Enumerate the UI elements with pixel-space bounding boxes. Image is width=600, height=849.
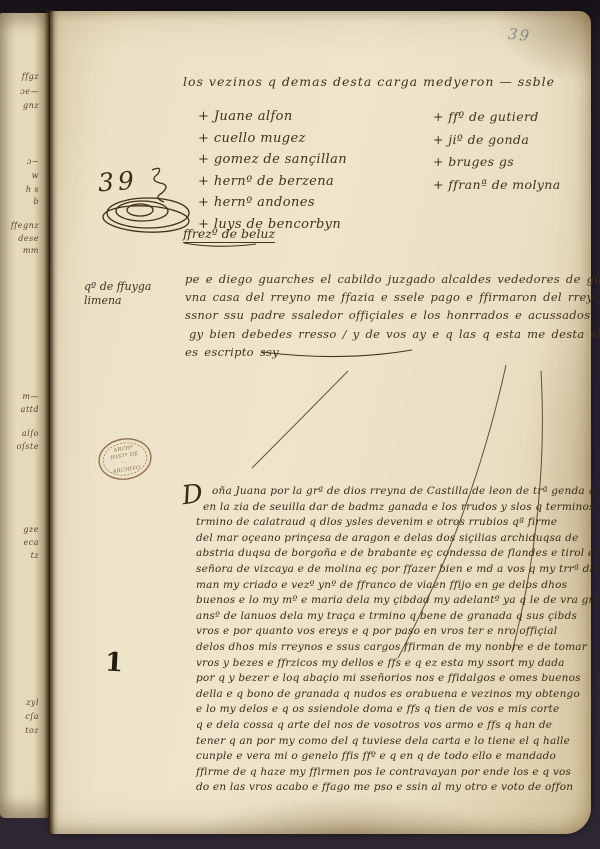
gutter-text-fragment: zyl: [26, 698, 39, 707]
gutter-text-fragment: b: [33, 197, 39, 206]
roster-entry: + hernº andones: [198, 192, 378, 214]
roster-entry: + gomez de sançillan: [198, 149, 378, 171]
folio-number-pencil: 39: [507, 25, 532, 45]
roster-left-column: + Juane alfon+ cuello mugez+ gomez de sa…: [198, 106, 378, 235]
gutter-text-fragment: attd: [21, 405, 39, 414]
entry-paragraph-line: vna casa del rreyno me ffazia e ssele pa…: [185, 288, 567, 306]
gutter-text-fragment: ɔe—: [20, 87, 39, 96]
heading-line: los vezinos q demas desta carga medyeron…: [183, 74, 483, 89]
entry-paragraph: pe e diego guarches el cabildo juzgado a…: [185, 270, 567, 361]
margin-annotation: qº de ffuyga limena: [84, 280, 189, 308]
provision-paragraph: oña Juana por la grª de dios rreyna de C…: [196, 484, 570, 796]
margin-annotation-line1: qº de ffuyga: [84, 280, 189, 294]
gutter-text-fragment: w: [32, 171, 39, 180]
provision-paragraph-line: ffirme de q haze my ffirmen pos le contr…: [196, 765, 570, 781]
roster-entry: + Juane alfon: [198, 106, 378, 128]
entry-paragraph-line: gy bien debedes rresso / y de vos ay e q…: [189, 325, 567, 343]
entry-paragraph-line: es escripto ssy: [185, 343, 567, 361]
provision-paragraph-line: vros e por quanto vos ereys e q por paso…: [196, 624, 570, 640]
binding-gutter-shadow: [44, 10, 58, 834]
provision-paragraph-line: por q y bezer e loq abaçio mi sseñorios …: [196, 671, 570, 687]
gutter-text-fragment: alſo: [22, 429, 39, 438]
provision-paragraph-line: buenos e lo my mº e maria dela my çibdad…: [196, 593, 570, 609]
provision-paragraph-line: del mar oçeano prinçesa de aragon e dela…: [196, 531, 570, 547]
gutter-text-fragment: ffegnz: [11, 221, 39, 230]
provision-paragraph-line: en la zia de seuilla dar de badmz ganada…: [203, 500, 570, 516]
provision-paragraph-line: vros y bezes e ffrzicos my dellos e ffs …: [196, 656, 570, 672]
previous-page-text-fragments: ffgzɔe—gnzɔ~wh sbffegnzdesemmm—attdalſoo…: [0, 0, 44, 800]
gutter-text-fragment: mm: [23, 246, 39, 255]
provision-paragraph-line: man my criado e vezº ynº de ffranco de v…: [196, 578, 570, 594]
roster-entry: + bruges gs: [433, 151, 583, 174]
archive-stamp: ARCHº HISTº DE ···· ARCHIVO: [92, 430, 157, 488]
gutter-text-fragment: tz: [31, 551, 39, 560]
provision-paragraph-line: abstria duqsa de borgoña e de brabante e…: [196, 546, 570, 562]
gutter-text-fragment: oſste: [17, 442, 39, 451]
margin-annotation-line2: limena: [84, 294, 189, 308]
provision-paragraph-line: q e dela cossa q arte del nos de vosotro…: [196, 718, 570, 734]
provision-paragraph-line: oña Juana por la grª de dios rreyna de C…: [212, 484, 570, 500]
provision-paragraph-line: do en las vros acabo e ffago me pso e ss…: [196, 780, 570, 796]
gutter-text-fragment: toz: [25, 726, 39, 735]
roster-right-column: + ffº de gutierd+ jiº de gonda+ bruges g…: [433, 106, 583, 196]
manuscript-photo: ffgzɔe—gnzɔ~wh sbffegnzdesemmm—attdalſoo…: [0, 0, 600, 849]
gutter-text-fragment: gze: [23, 525, 39, 534]
roster-entry: + hernº de berzena: [198, 171, 378, 193]
provision-paragraph-line: delos dhos mis rreynos e ssus cargos ffi…: [196, 640, 570, 656]
roster-note-below: ffrezº de beluz: [183, 226, 275, 243]
gutter-text-fragment: cſa: [25, 712, 39, 721]
provision-paragraph-line: ansº de lanuos dela my traça e trmino q …: [196, 609, 570, 625]
margin-bold-mark: 1: [104, 648, 124, 679]
roster-entry: + ffranª de molyna: [433, 174, 583, 197]
gutter-text-fragment: gnz: [23, 101, 39, 110]
gutter-text-fragment: ɔ~: [27, 157, 39, 166]
roster-entry: + cuello mugez: [198, 128, 378, 150]
provision-paragraph-line: della e q bono de granada q nudos es ora…: [196, 687, 570, 703]
gutter-text-fragment: eca: [24, 538, 39, 547]
provision-paragraph-line: cunple e vera mi o genelo ffis ffº e q e…: [196, 749, 570, 765]
gutter-text-fragment: ffgz: [22, 72, 39, 81]
provision-paragraph-line: e lo my delos e q os ssiendole doma e ff…: [196, 702, 570, 718]
gutter-text-fragment: dese: [18, 234, 39, 243]
provision-paragraph-line: tener q an por my como del q tuviese del…: [196, 734, 570, 750]
roster-entry: + jiº de gonda: [433, 129, 583, 152]
entry-paragraph-line: pe e diego guarches el cabildo juzgado a…: [185, 270, 567, 288]
provision-paragraph-line: trmino de calatraud q dlos ysles devenim…: [196, 515, 570, 531]
margin-folio-number-ink: 39: [97, 166, 139, 198]
roster-entry: + ffº de gutierd: [433, 106, 583, 129]
provision-paragraph-line: señora de vizcaya e de molina eç por ffa…: [196, 562, 570, 578]
gutter-text-fragment: m—: [22, 392, 39, 401]
entry-paragraph-line: ssnor ssu padre ssaledor offiçiales e lo…: [185, 306, 567, 324]
gutter-text-fragment: h s: [26, 185, 39, 194]
